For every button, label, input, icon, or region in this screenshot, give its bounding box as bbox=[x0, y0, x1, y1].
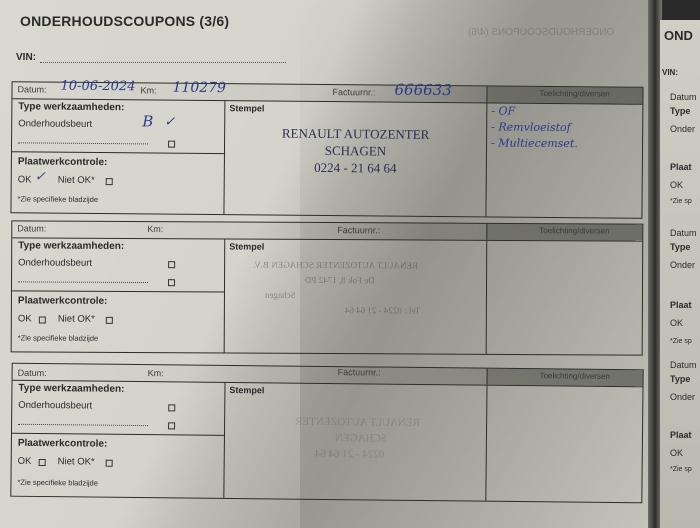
coupon-1: Datum: 10-06-2024 Km: 110279 Factuurnr.:… bbox=[10, 81, 643, 219]
right-type-3: Type bbox=[670, 374, 690, 384]
other-work-checkbox[interactable] bbox=[168, 141, 175, 148]
ok-label: OK bbox=[18, 456, 32, 467]
ok-checkmark[interactable]: ✓ bbox=[35, 169, 46, 184]
work-section: Type werkzaamheden: Onderhoudsbeurt B ✓ … bbox=[11, 99, 225, 214]
right-plaat-3: Plaat bbox=[670, 430, 692, 440]
onderhoudsbeurt-label: Onderhoudsbeurt bbox=[18, 400, 92, 412]
right-onder: Onder bbox=[670, 124, 695, 134]
toelichting-cell[interactable] bbox=[487, 241, 643, 355]
bleed-through-title: ONDERHOUDSCOUPONS (4/6) bbox=[468, 27, 614, 38]
right-ok-2: OK bbox=[670, 318, 683, 328]
ghost-stamp-line-2: De Fok 8, 1742 PD bbox=[305, 275, 375, 285]
datum-value[interactable]: 10-06-2024 bbox=[60, 79, 135, 95]
plaatwerkcontrole-label: Plaatwerkcontrole: bbox=[18, 156, 108, 168]
factuurnr-label: Factuurnr.: bbox=[337, 225, 380, 235]
vin-field[interactable] bbox=[40, 62, 286, 63]
other-work-field[interactable] bbox=[18, 142, 148, 144]
km-label: Km: bbox=[140, 85, 156, 95]
vin-label: VIN: bbox=[16, 52, 36, 63]
plaatwerkcontrole-label: Plaatwerkcontrole: bbox=[18, 295, 108, 306]
plaatwerkcontrole-label: Plaatwerkcontrole: bbox=[18, 438, 108, 450]
footnote: *Zie specifieke bladzijde bbox=[18, 194, 99, 204]
type-werkzaamheden-label: Type werkzaamheden: bbox=[18, 240, 124, 252]
niet-ok-label: Niet OK* bbox=[58, 456, 95, 467]
factuurnr-value[interactable]: 666633 bbox=[394, 81, 451, 99]
ghost-stamp-line-3: Schagen bbox=[265, 290, 296, 300]
toelichting-cell[interactable] bbox=[486, 386, 642, 503]
right-page: OND VIN: Datum Type Onder Plaat OK *Zie … bbox=[660, 20, 700, 528]
right-type: Type bbox=[670, 106, 690, 116]
ok-label: OK bbox=[18, 313, 32, 324]
right-onder-2: Onder bbox=[670, 260, 695, 270]
other-work-checkbox[interactable] bbox=[168, 422, 175, 429]
niet-ok-checkbox[interactable] bbox=[106, 178, 113, 185]
ghost-stamp-line-1: RENAULT AUTOZENTER SCHAGEN B.V. bbox=[253, 260, 418, 271]
right-zie: *Zie sp bbox=[670, 198, 692, 205]
ghost-stamp-line-1: RENAULT AUTOZENTER bbox=[295, 416, 420, 429]
right-datum-3: Datum bbox=[670, 360, 697, 370]
stamp-line-1: RENAULT AUTOZENTER bbox=[225, 125, 486, 143]
toelichting-header: Toelichting/diversen bbox=[487, 369, 643, 387]
factuurnr-label: Factuurnr.: bbox=[332, 87, 375, 97]
coupon-2: Datum: Km: Factuurnr.: Toelichting/diver… bbox=[11, 220, 644, 355]
niet-ok-checkbox[interactable] bbox=[106, 317, 113, 324]
coupon-3: Datum: Km: Factuurnr.: Toelichting/diver… bbox=[10, 363, 643, 504]
stempel-label: Stempel bbox=[229, 385, 264, 395]
niet-ok-label: Niet OK* bbox=[58, 314, 95, 325]
right-ok: OK bbox=[670, 180, 683, 190]
right-page-title: OND bbox=[664, 28, 693, 43]
work-section: Type werkzaamheden: Onderhoudsbeurt Plaa… bbox=[12, 238, 226, 352]
note-line-2: - Remvloeistof bbox=[491, 120, 571, 134]
stamp-cell: Stempel RENAULT AUTOZENTER SCHAGEN B.V. … bbox=[225, 239, 488, 353]
footnote: *Zie specifieke bladzijde bbox=[18, 333, 99, 342]
km-label: Km: bbox=[148, 368, 164, 378]
right-type-2: Type bbox=[670, 242, 690, 252]
work-section: Type werkzaamheden: Onderhoudsbeurt Plaa… bbox=[11, 381, 225, 498]
ghost-stamp-line-2: SCHAGEN bbox=[335, 432, 387, 445]
type-werkzaamheden-label: Type werkzaamheden: bbox=[18, 383, 124, 395]
other-work-field[interactable] bbox=[18, 424, 148, 426]
ghost-stamp-line-4: Tel.: 0224 - 21 64 64 bbox=[345, 305, 420, 315]
right-datum: Datum bbox=[670, 92, 697, 102]
stempel-label: Stempel bbox=[229, 241, 264, 251]
niet-ok-checkbox[interactable] bbox=[106, 460, 113, 467]
onderhoudsbeurt-checkbox[interactable] bbox=[168, 404, 175, 411]
right-datum-2: Datum bbox=[670, 228, 697, 238]
toelichting-header: Toelichting/diversen bbox=[486, 86, 642, 103]
stamp-cell: Stempel RENAULT AUTOZENTER SCHAGEN 0224 … bbox=[224, 383, 487, 501]
stempel-label: Stempel bbox=[229, 103, 264, 113]
note-line-3: - Multiecemset. bbox=[491, 136, 578, 150]
datum-label: Datum: bbox=[17, 84, 46, 94]
right-onder-3: Onder bbox=[670, 392, 695, 402]
onderhoudsbeurt-label: Onderhoudsbeurt bbox=[18, 257, 92, 268]
ok-checkbox[interactable] bbox=[39, 316, 46, 323]
niet-ok-label: Niet OK* bbox=[58, 175, 95, 186]
onderhoudsbeurt-checkbox[interactable] bbox=[168, 261, 175, 268]
right-zie-3: *Zie sp bbox=[670, 466, 692, 473]
footnote: *Zie specifieke bladzijde bbox=[17, 478, 98, 488]
ok-checkbox[interactable] bbox=[39, 459, 46, 466]
onderhoudsbeurt-value[interactable]: B bbox=[142, 112, 153, 130]
km-label: Km: bbox=[147, 224, 163, 234]
datum-label: Datum: bbox=[18, 368, 47, 378]
km-value[interactable]: 110279 bbox=[172, 80, 226, 96]
stamp-cell: Stempel RENAULT AUTOZENTER SCHAGEN 0224 … bbox=[224, 101, 487, 216]
right-page-vin: VIN: bbox=[662, 68, 678, 77]
factuurnr-label: Factuurnr.: bbox=[338, 367, 381, 377]
right-plaat: Plaat bbox=[670, 162, 692, 172]
other-work-field[interactable] bbox=[18, 281, 148, 283]
page-title: ONDERHOUDSCOUPONS (3/6) bbox=[20, 13, 229, 29]
toelichting-cell[interactable]: - OF - Remvloeistof - Multiecemset. bbox=[486, 103, 642, 217]
stamp-line-3: 0224 - 21 64 64 bbox=[225, 159, 486, 177]
ghost-stamp-line-3: 0224 - 21 64 64 bbox=[315, 448, 385, 461]
right-zie-2: *Zie sp bbox=[670, 338, 692, 345]
onderhoudsbeurt-checkmark[interactable]: ✓ bbox=[164, 115, 175, 130]
stamp-line-2: SCHAGEN bbox=[225, 142, 486, 160]
right-ok-3: OK bbox=[670, 448, 683, 458]
toelichting-header: Toelichting/diversen bbox=[486, 224, 642, 241]
right-plaat-2: Plaat bbox=[670, 300, 692, 310]
type-werkzaamheden-label: Type werkzaamheden: bbox=[18, 101, 124, 113]
ok-label: OK bbox=[18, 174, 32, 185]
onderhoudsbeurt-label: Onderhoudsbeurt bbox=[18, 118, 92, 130]
datum-label: Datum: bbox=[17, 223, 46, 233]
other-work-checkbox[interactable] bbox=[168, 279, 175, 286]
note-line-1: - OF bbox=[491, 104, 515, 117]
